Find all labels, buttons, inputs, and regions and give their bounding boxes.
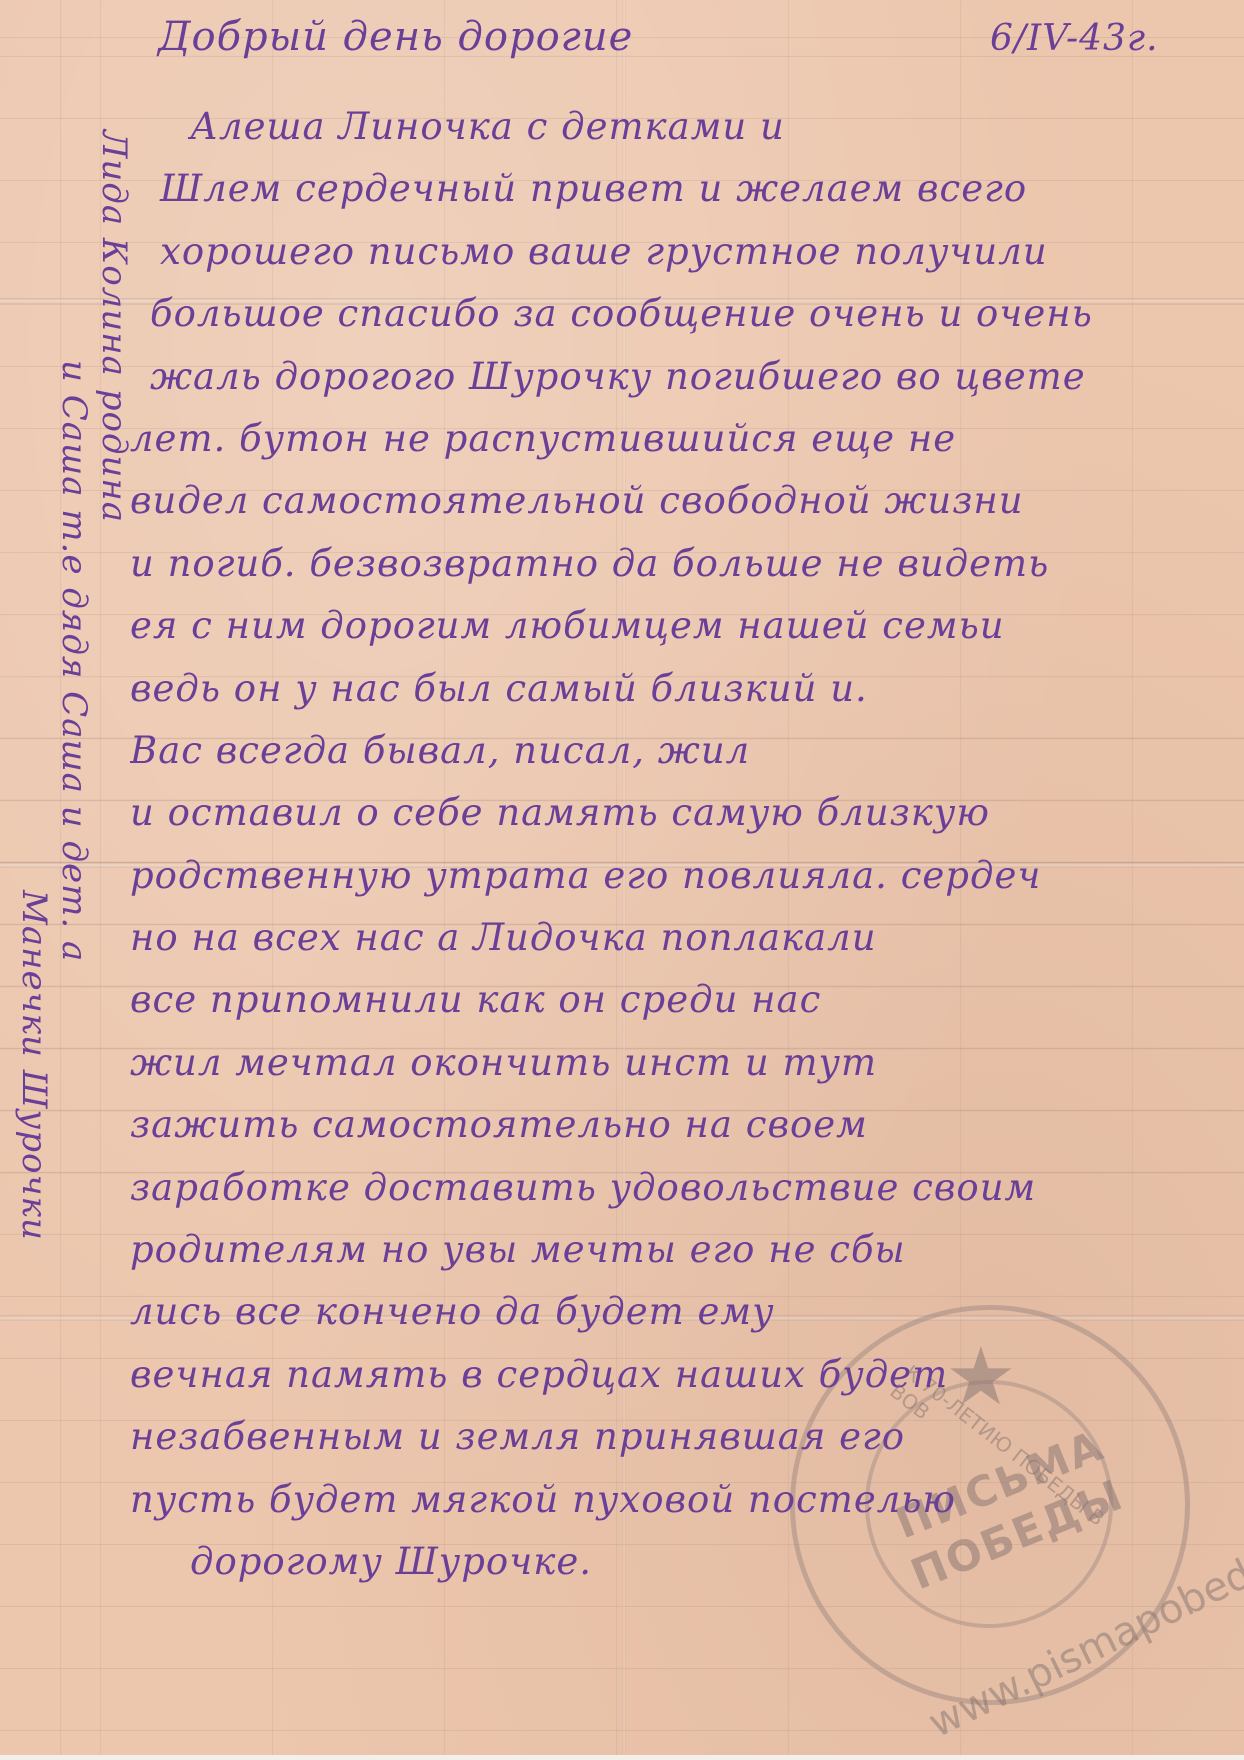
letter-line: пусть будет мягкой пуховой постелью <box>130 1469 1230 1531</box>
letter-line: вечная память в сердцах наших будет <box>130 1344 1230 1406</box>
letter-line: жил мечтал окончить инст и тут <box>130 1032 1230 1094</box>
letter-line: и погиб. безвозвратно да больше не видет… <box>130 533 1230 595</box>
letter-line: жаль дорогого Шурочку погибшего во цвете <box>130 346 1230 408</box>
letter-greeting: Добрый день дорогие <box>158 14 633 60</box>
letter-line: Шлем сердечный привет и желаем всего <box>130 158 1230 220</box>
page-edge <box>0 1755 1244 1760</box>
letter-line: видел самостоятельной свободной жизни <box>130 470 1230 532</box>
margin-note-line: Манечки Шурочки <box>14 130 54 1730</box>
letter-line: заработке доставить удовольствие своим <box>130 1157 1230 1219</box>
letter-line: лет. бутон не распустившийся еще не <box>130 408 1230 470</box>
letter-line: но на всех нас а Лидочка поплакали <box>130 907 1230 969</box>
letter-date: 6/IV-43г. <box>990 18 1159 59</box>
margin-note-line: и Саша т.е дядя Саша и дет. а <box>54 130 94 1730</box>
letter-line: большое спасибо за сообщение очень и оче… <box>130 283 1230 345</box>
letter-line: зажить самостоятельно на своем <box>130 1094 1230 1156</box>
letter-line: ведь он у нас был самый близкий и. <box>130 658 1230 720</box>
letter-line: родственную утрата его повлияла. сердеч <box>130 845 1230 907</box>
letter-line: все припомнили как он среди нас <box>130 969 1230 1031</box>
letter-line: родителям но увы мечты его не сбы <box>130 1219 1230 1281</box>
letter-line: хорошего письмо ваше грустное получили <box>130 221 1230 283</box>
letter-line: Алеша Линочка с детками и <box>130 96 1230 158</box>
margin-note: Лида Колина родина и Саша т.е дядя Саша … <box>14 130 134 1730</box>
letter-line: Вас всегда бывал, писал, жил <box>130 720 1230 782</box>
letter-line: дорогому Шурочке. <box>130 1531 1230 1593</box>
letter-line: незабвенным и земля принявшая его <box>130 1406 1230 1468</box>
margin-note-line: Лида Колина родина <box>94 130 134 1730</box>
letter-body: Алеша Линочка с детками и Шлем сердечный… <box>130 96 1230 1593</box>
letter-line: ея с ним дорогим любимцем нашей семьи <box>130 595 1230 657</box>
letter-page: ★ К 70-ЛЕТИЮ ПОБЕДЫ В ВОВ ПИСЬМА ПОБЕДЫ … <box>0 0 1244 1755</box>
letter-line: лись все кончено да будет ему <box>130 1281 1230 1343</box>
letter-line: и оставил о себе память самую близкую <box>130 782 1230 844</box>
